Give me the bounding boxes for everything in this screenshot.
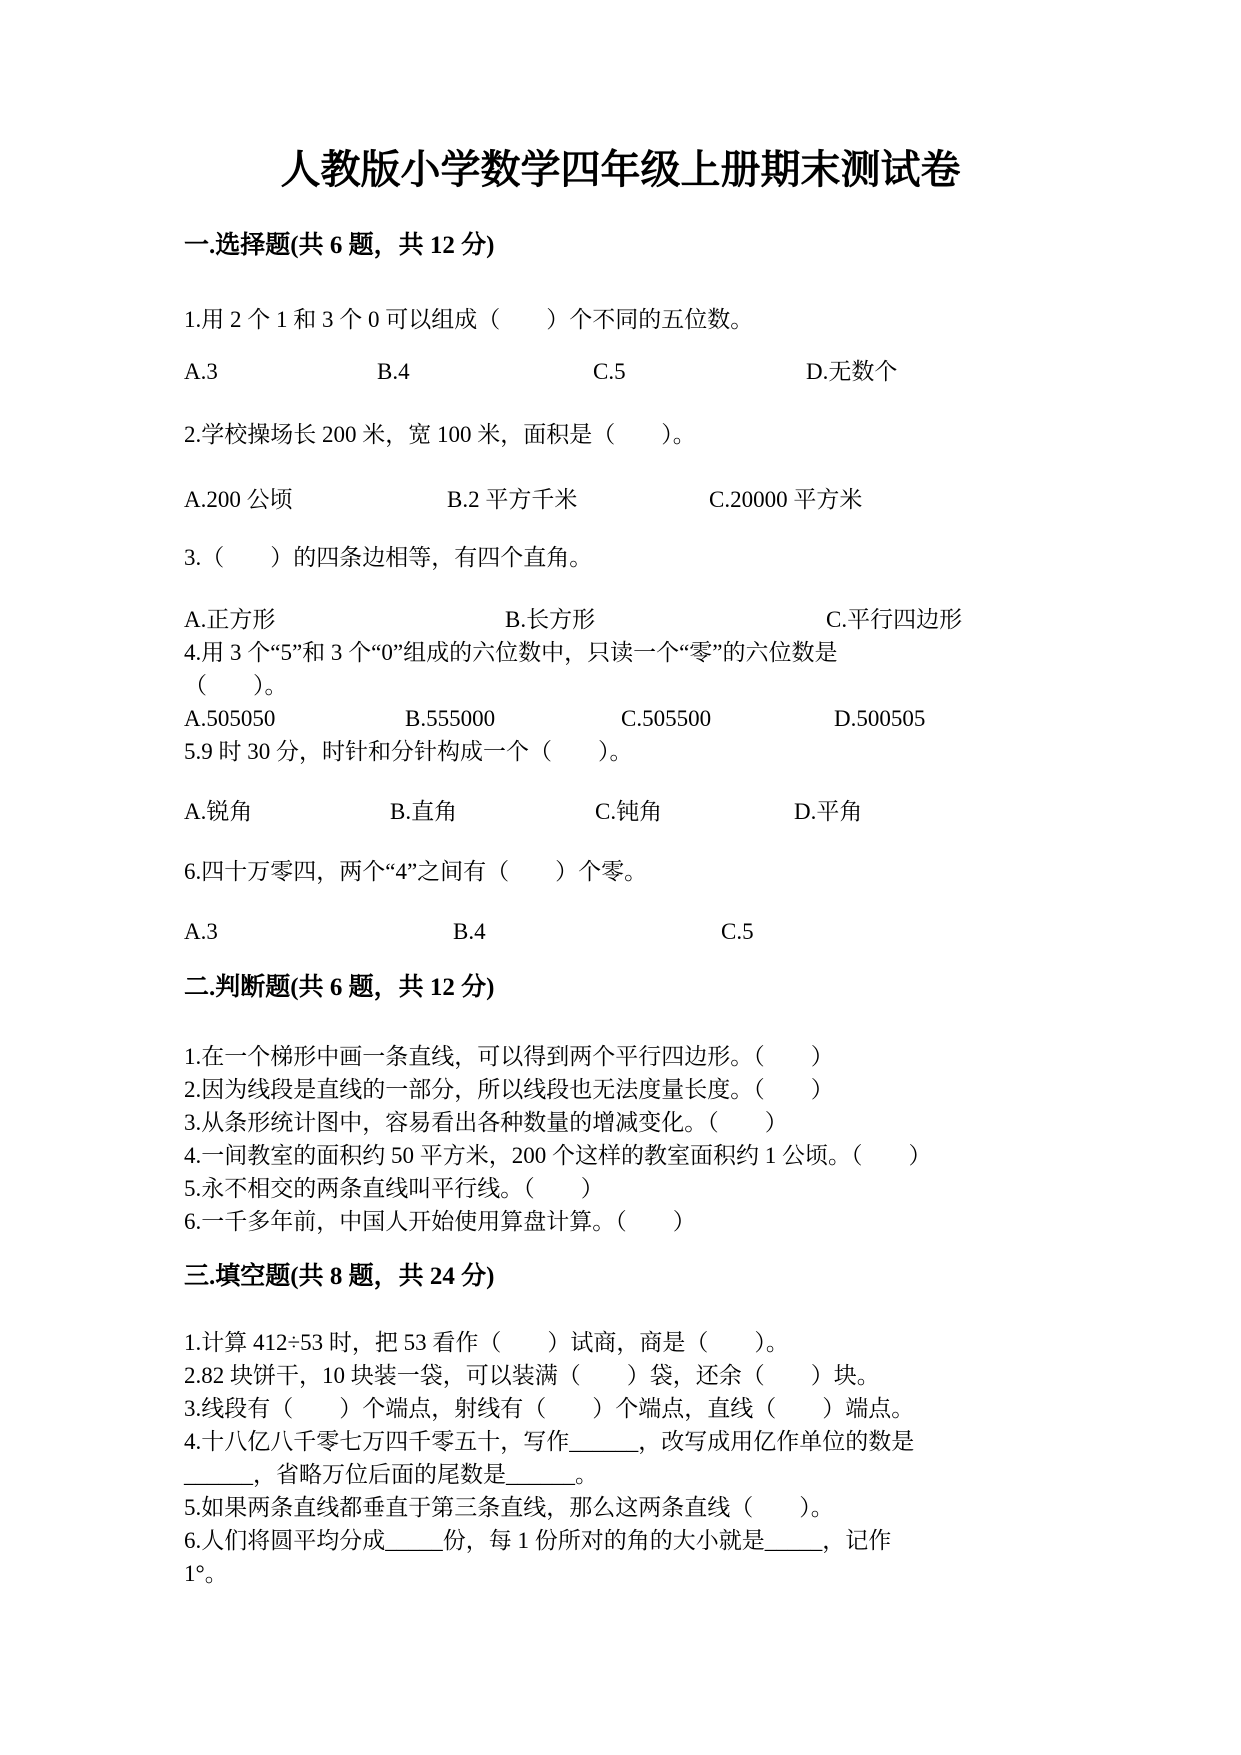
- fill-question-4: 4.十八亿八千零七万四千零五十，写作______，改写成用亿作单位的数是: [184, 1425, 1131, 1458]
- option-c: C.5: [593, 355, 806, 388]
- tf-question-1: 1.在一个梯形中画一条直线，可以得到两个平行四边形。（ ）: [184, 1040, 1131, 1073]
- option-b: B.4: [377, 355, 593, 388]
- tf-question-3: 3.从条形统计图中，容易看出各种数量的增减变化。（ ）: [184, 1106, 1131, 1139]
- option-b: B.4: [453, 915, 721, 948]
- tf-question-2: 2.因为线段是直线的一部分，所以线段也无法度量长度。（ ）: [184, 1073, 1131, 1106]
- mc-question-3-options: A.正方形 B.长方形 C.平行四边形: [184, 603, 1131, 636]
- option-b: B.长方形: [505, 603, 826, 636]
- option-c: C.平行四边形: [826, 603, 962, 636]
- tf-question-4: 4.一间教室的面积约 50 平方米，200 个这样的教室面积约 1 公顷。（ ）: [184, 1139, 1131, 1172]
- fill-question-4-continued: ______，省略万位后面的尾数是______。: [184, 1458, 1131, 1491]
- fill-question-5: 5.如果两条直线都垂直于第三条直线，那么这两条直线（ ）。: [184, 1491, 1131, 1524]
- section-1-heading: 一.选择题(共 6 题，共 12 分): [184, 229, 1131, 263]
- option-c: C.20000 平方米: [709, 483, 862, 516]
- mc-question-2-options: A.200 公顷 B.2 平方千米 C.20000 平方米: [184, 483, 1131, 516]
- option-a: A.正方形: [184, 603, 505, 636]
- fill-question-2: 2.82 块饼干，10 块装一袋，可以装满（ ）袋，还余（ ）块。: [184, 1359, 1131, 1392]
- tf-question-5: 5.永不相交的两条直线叫平行线。（ ）: [184, 1172, 1131, 1205]
- option-a: A.200 公顷: [184, 483, 447, 516]
- mc-question-3: 3.（ ）的四条边相等，有四个直角。: [184, 541, 1131, 574]
- option-d: D.平角: [794, 795, 862, 828]
- option-d: D.500505: [834, 702, 925, 735]
- option-a: A.锐角: [184, 795, 390, 828]
- fill-question-1: 1.计算 412÷53 时，把 53 看作（ ）试商，商是（ ）。: [184, 1326, 1131, 1359]
- section-2-heading: 二.判断题(共 6 题，共 12 分): [184, 971, 1131, 1005]
- option-b: B.555000: [405, 702, 621, 735]
- fill-question-3: 3.线段有（ ）个端点，射线有（ ）个端点，直线（ ）端点。: [184, 1392, 1131, 1425]
- mc-question-6-options: A.3 B.4 C.5: [184, 915, 1131, 948]
- option-a: A.3: [184, 915, 453, 948]
- section-3-heading: 三.填空题(共 8 题，共 24 分): [184, 1260, 1131, 1294]
- mc-question-5: 5.9 时 30 分，时针和分针构成一个（ ）。: [184, 735, 1131, 768]
- option-a: A.3: [184, 355, 377, 388]
- mc-question-4-continued: （ ）。: [184, 669, 1131, 702]
- mc-question-4-options: A.505050 B.555000 C.505500 D.500505: [184, 702, 1131, 735]
- exam-paper-page: 人教版小学数学四年级上册期末测试卷 一.选择题(共 6 题，共 12 分) 1.…: [0, 0, 1241, 1755]
- tf-question-6: 6.一千多年前，中国人开始使用算盘计算。（ ）: [184, 1205, 1131, 1238]
- option-c: C.钝角: [595, 795, 794, 828]
- fill-question-6: 6.人们将圆平均分成_____份，每 1 份所对的角的大小就是_____，记作: [184, 1524, 1131, 1557]
- fill-question-6-continued: 1°。: [184, 1557, 1131, 1590]
- option-b: B.2 平方千米: [447, 483, 709, 516]
- page-title: 人教版小学数学四年级上册期末测试卷: [0, 146, 1241, 194]
- option-a: A.505050: [184, 702, 405, 735]
- mc-question-6: 6.四十万零四，两个“4”之间有（ ）个零。: [184, 855, 1131, 888]
- mc-question-5-options: A.锐角 B.直角 C.钝角 D.平角: [184, 795, 1131, 828]
- mc-question-1-options: A.3 B.4 C.5 D.无数个: [184, 355, 1131, 388]
- option-d: D.无数个: [806, 355, 897, 388]
- option-c: C.5: [721, 915, 754, 948]
- option-c: C.505500: [621, 702, 834, 735]
- mc-question-2: 2.学校操场长 200 米，宽 100 米，面积是（ ）。: [184, 418, 1131, 451]
- mc-question-4: 4.用 3 个“5”和 3 个“0”组成的六位数中，只读一个“零”的六位数是: [184, 636, 1131, 669]
- option-b: B.直角: [390, 795, 595, 828]
- mc-question-1: 1.用 2 个 1 和 3 个 0 可以组成（ ）个不同的五位数。: [184, 303, 1131, 336]
- exam-body: 一.选择题(共 6 题，共 12 分) 1.用 2 个 1 和 3 个 0 可以…: [0, 229, 1241, 1590]
